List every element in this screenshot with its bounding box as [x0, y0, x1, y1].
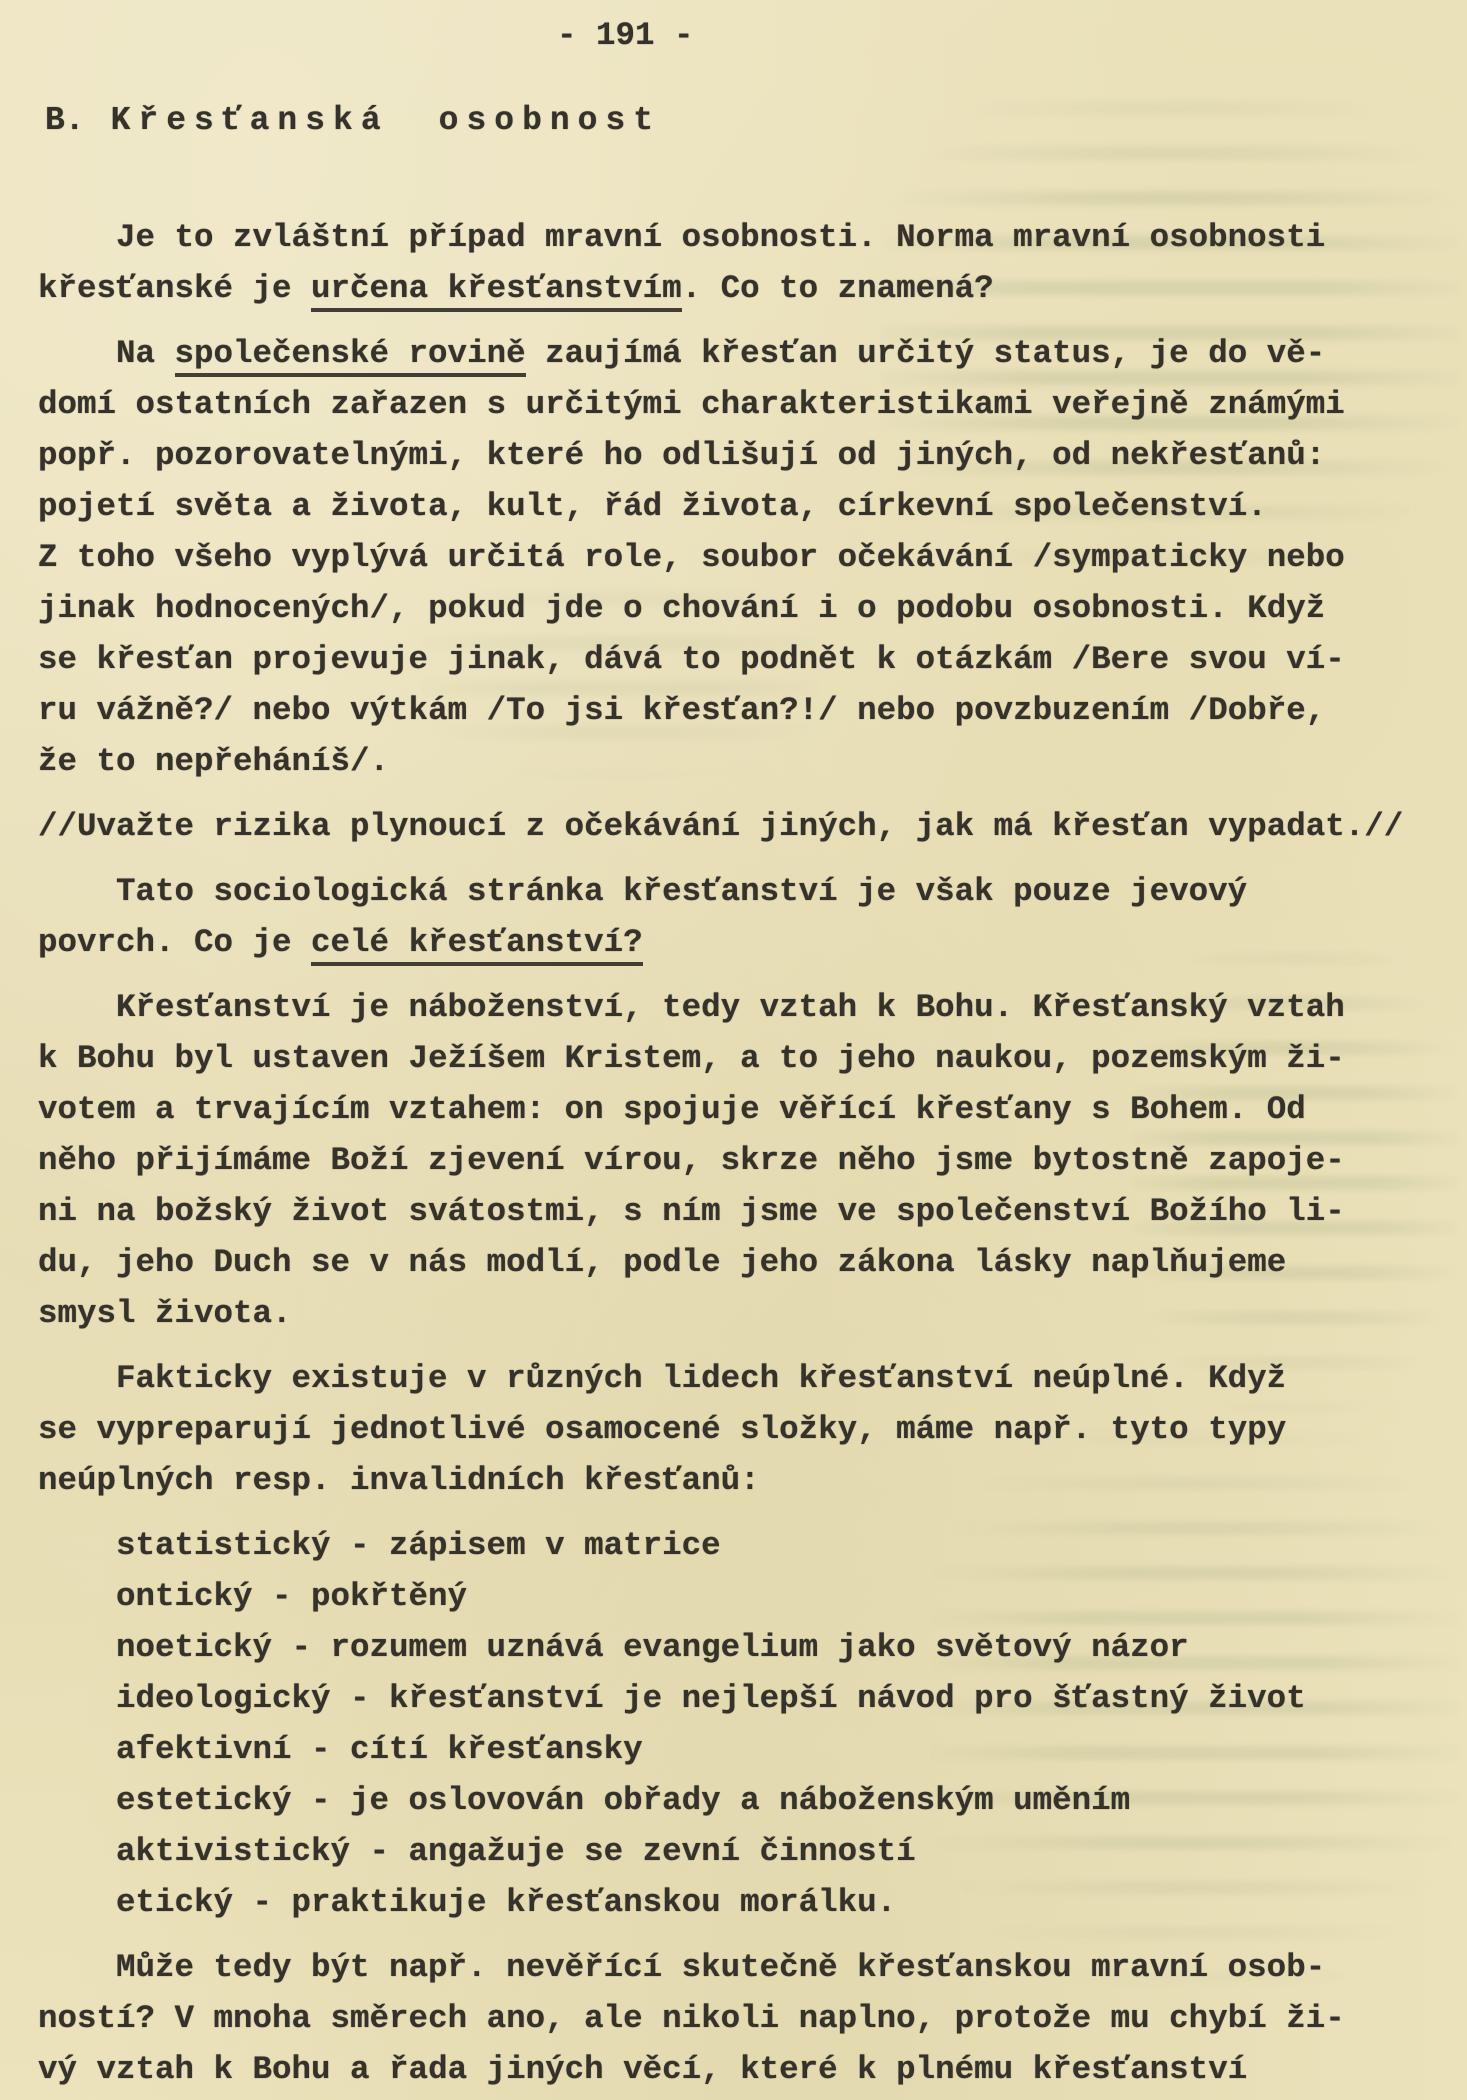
paragraph: //Uvažte rizika plynoucí z očekávání jin…	[38, 801, 1458, 852]
text-segment: etický - praktikuje křesťanskou morálku.	[116, 1884, 896, 1921]
text-line: že to nepřeháníš/.	[38, 736, 1458, 787]
text-line: popř. pozorovatelnými, které ho odlišují…	[38, 430, 1458, 481]
text-segment: Z toho všeho vyplývá určitá role, soubor…	[38, 539, 1345, 576]
text-line: //Uvažte rizika plynoucí z očekávání jin…	[38, 801, 1458, 852]
text-segment: pojetí světa a života, kult, řád života,…	[38, 488, 1267, 525]
list-item: etický - praktikuje křesťanskou morálku.	[38, 1877, 1458, 1928]
text-segment: popř. pozorovatelnými, které ho odlišují…	[38, 437, 1325, 474]
text-line: ni na božský život svátostmi, s ním jsme…	[38, 1186, 1458, 1237]
text-segment: Křesťanství je náboženství, tedy vztah k…	[116, 989, 1345, 1026]
text-line: Z toho všeho vyplývá určitá role, soubor…	[38, 532, 1458, 583]
text-segment: domí ostatních zařazen s určitými charak…	[38, 386, 1345, 423]
text-line: neúplných resp. invalidních křesťanů:	[38, 1455, 1458, 1506]
list-item: afektivní - cítí křesťansky	[38, 1724, 1458, 1775]
underlined-text: celé křesťanství?	[311, 924, 643, 966]
paragraph: Může tedy být např. nevěřící skutečně kř…	[38, 1942, 1458, 2095]
text-line: Může tedy být např. nevěřící skutečně kř…	[38, 1942, 1458, 1993]
list-item: estetický - je oslovován obřady a nábože…	[38, 1775, 1458, 1826]
section-heading: B.Křesťanskáosobnost	[45, 100, 661, 142]
text-segment: estetický - je oslovován obřady a nábože…	[116, 1782, 1130, 1819]
text-segment: Na	[116, 335, 175, 372]
text-segment: křesťanské je	[38, 270, 311, 307]
text-segment: statistický - zápisem v matrice	[116, 1527, 721, 1564]
text-segment: Fakticky existuje v různých lidech křesť…	[116, 1360, 1286, 1397]
document-body: Je to zvláštní případ mravní osobnosti. …	[38, 212, 1458, 2095]
paragraph: Je to zvláštní případ mravní osobnosti. …	[38, 212, 1458, 314]
text-segment: k Bohu byl ustaven Ježíšem Kristem, a to…	[38, 1040, 1345, 1077]
text-segment: noetický - rozumem uznává evangelium jak…	[116, 1629, 1189, 1666]
text-segment: afektivní - cítí křesťansky	[116, 1731, 643, 1768]
underlined-text: společenské rovině	[175, 335, 526, 377]
page-number: - 191 -	[557, 16, 694, 56]
paragraph: Tato sociologická stránka křesťanství je…	[38, 866, 1458, 968]
text-line: se křesťan projevuje jinak, dává to podn…	[38, 634, 1458, 685]
text-segment: zaujímá křesťan určitý status, je do vě-	[526, 335, 1326, 372]
text-line: du, jeho Duch se v nás modlí, podle jeho…	[38, 1237, 1458, 1288]
text-line: povrch. Co je celé křesťanství?	[38, 917, 1458, 968]
text-segment: ru vážně?/ nebo výtkám /To jsi křesťan?!…	[38, 692, 1325, 729]
list-block: statistický - zápisem v matriceontický -…	[38, 1520, 1458, 1928]
text-segment: smysl života.	[38, 1295, 292, 1332]
heading-word: osobnost	[439, 102, 661, 139]
text-segment: jinak hodnocených/, pokud jde o chování …	[38, 590, 1325, 627]
text-line: vý vztah k Bohu a řada jiných věcí, kter…	[38, 2044, 1458, 2095]
text-segment: povrch. Co je	[38, 924, 311, 961]
text-line: Na společenské rovině zaujímá křesťan ur…	[38, 328, 1458, 379]
text-line: Tato sociologická stránka křesťanství je…	[38, 866, 1458, 917]
text-line: domí ostatních zařazen s určitými charak…	[38, 379, 1458, 430]
list-item: noetický - rozumem uznává evangelium jak…	[38, 1622, 1458, 1673]
text-line: se vypreparují jednotlivé osamocené slož…	[38, 1404, 1458, 1455]
text-line: Fakticky existuje v různých lidech křesť…	[38, 1353, 1458, 1404]
text-line: votem a trvajícím vztahem: on spojuje vě…	[38, 1084, 1458, 1135]
list-item: statistický - zápisem v matrice	[38, 1520, 1458, 1571]
text-segment: že to nepřeháníš/.	[38, 743, 389, 780]
heading-word: Křesťanská	[111, 102, 389, 139]
text-segment: ni na božský život svátostmi, s ním jsme…	[38, 1193, 1345, 1230]
text-line: Křesťanství je náboženství, tedy vztah k…	[38, 982, 1458, 1033]
text-segment: aktivistický - angažuje se zevní činnost…	[116, 1833, 916, 1870]
text-line: k Bohu byl ustaven Ježíšem Kristem, a to…	[38, 1033, 1458, 1084]
paragraph: Fakticky existuje v různých lidech křesť…	[38, 1353, 1458, 1506]
text-line: něho přijímáme Boží zjevení vírou, skrze…	[38, 1135, 1458, 1186]
section-letter: B.	[45, 102, 85, 139]
text-segment: Tato sociologická stránka křesťanství je…	[116, 873, 1247, 910]
text-segment: //Uvažte rizika plynoucí z očekávání jin…	[38, 808, 1403, 845]
text-segment: . Co to znamená?	[682, 270, 994, 307]
text-line: jinak hodnocených/, pokud jde o chování …	[38, 583, 1458, 634]
text-line: ností? V mnoha směrech ano, ale nikoli n…	[38, 1993, 1458, 2044]
text-segment: vý vztah k Bohu a řada jiných věcí, kter…	[38, 2051, 1247, 2088]
paragraph: Na společenské rovině zaujímá křesťan ur…	[38, 328, 1458, 787]
text-segment: Je to zvláštní případ mravní osobnosti. …	[116, 219, 1325, 256]
list-item: ideologický - křesťanství je nejlepší ná…	[38, 1673, 1458, 1724]
underlined-text: určena křesťanstvím	[311, 270, 682, 312]
text-line: smysl života.	[38, 1288, 1458, 1339]
text-segment: ností? V mnoha směrech ano, ale nikoli n…	[38, 2000, 1345, 2037]
text-segment: ontický - pokřtěný	[116, 1578, 467, 1615]
text-segment: du, jeho Duch se v nás modlí, podle jeho…	[38, 1244, 1286, 1281]
text-segment: Může tedy být např. nevěřící skutečně kř…	[116, 1949, 1325, 1986]
list-item: ontický - pokřtěný	[38, 1571, 1458, 1622]
text-segment: ideologický - křesťanství je nejlepší ná…	[116, 1680, 1306, 1717]
text-segment: votem a trvajícím vztahem: on spojuje vě…	[38, 1091, 1306, 1128]
text-line: ru vážně?/ nebo výtkám /To jsi křesťan?!…	[38, 685, 1458, 736]
text-segment: se vypreparují jednotlivé osamocené slož…	[38, 1411, 1286, 1448]
text-line: křesťanské je určena křesťanstvím. Co to…	[38, 263, 1458, 314]
list-item: aktivistický - angažuje se zevní činnost…	[38, 1826, 1458, 1877]
scanned-document-page: - 191 - B.Křesťanskáosobnost Je to zvláš…	[0, 0, 1467, 2100]
text-line: Je to zvláštní případ mravní osobnosti. …	[38, 212, 1458, 263]
text-segment: se křesťan projevuje jinak, dává to podn…	[38, 641, 1345, 678]
paragraph: Křesťanství je náboženství, tedy vztah k…	[38, 982, 1458, 1339]
text-line: pojetí světa a života, kult, řád života,…	[38, 481, 1458, 532]
text-segment: něho přijímáme Boží zjevení vírou, skrze…	[38, 1142, 1345, 1179]
text-segment: neúplných resp. invalidních křesťanů:	[38, 1462, 760, 1499]
